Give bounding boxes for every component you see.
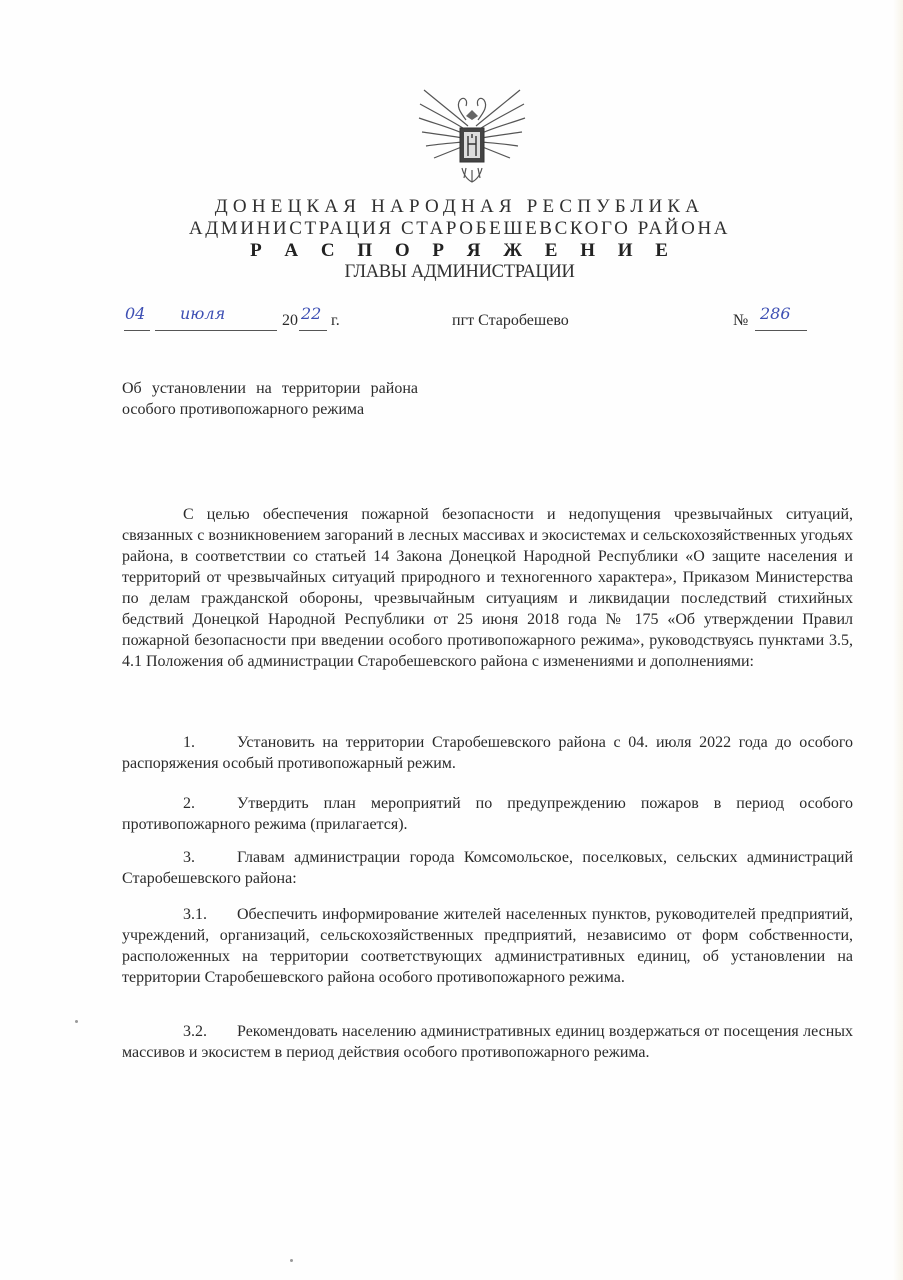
document-page: ДОНЕЦКАЯ НАРОДНАЯ РЕСПУБЛИКА АДМИНИСТРАЦ… bbox=[0, 0, 903, 1280]
item-1: 1.Установить на территории Старобешевско… bbox=[122, 732, 853, 774]
header-administration: АДМИНИСТРАЦИЯ СТАРОБЕШЕВСКОГО РАЙОНА bbox=[8, 218, 903, 240]
header-issuer: ГЛАВЫ АДМИНИСТРАЦИИ bbox=[8, 262, 903, 283]
item-number: 2. bbox=[183, 793, 237, 814]
coat-of-arms-icon bbox=[416, 86, 528, 184]
document-type-title: Р А С П О Р Я Ж Е Н И Е bbox=[12, 240, 903, 262]
item-3-1: 3.1.Обеспечить информирование жителей на… bbox=[122, 904, 853, 988]
item-3-2: 3.2.Рекомендовать населению администрати… bbox=[122, 1021, 853, 1063]
date-number-line: 04 июля 20 22 г. пгт Старобешево № 286 bbox=[124, 310, 824, 336]
item-2: 2.Утвердить план мероприятий по предупре… bbox=[122, 793, 853, 835]
preamble-text: С целью обеспечения пожарной безопасност… bbox=[122, 504, 853, 672]
year-prefix: 20 bbox=[282, 312, 298, 330]
item-number: 3.2. bbox=[183, 1021, 237, 1042]
document-subject: Об установлении на территории района осо… bbox=[122, 378, 418, 420]
year-handwritten: 22 bbox=[301, 304, 321, 323]
scan-edge-shadow bbox=[893, 0, 903, 1280]
day-handwritten: 04 bbox=[125, 304, 145, 323]
number-handwritten: 286 bbox=[760, 304, 791, 323]
item-3: 3.Главам администрации города Комсомольс… bbox=[122, 847, 853, 889]
scan-speck bbox=[290, 1259, 293, 1262]
scan-speck bbox=[75, 1020, 78, 1023]
item-number: 3. bbox=[183, 847, 237, 868]
year-unit: г. bbox=[331, 312, 340, 330]
place-of-issue: пгт Старобешево bbox=[452, 312, 569, 330]
header-republic: ДОНЕЦКАЯ НАРОДНАЯ РЕСПУБЛИКА bbox=[8, 196, 903, 218]
preamble-block: С целью обеспечения пожарной безопасност… bbox=[122, 504, 853, 672]
month-handwritten: июля bbox=[180, 304, 225, 323]
item-number: 1. bbox=[183, 732, 237, 753]
number-label: № bbox=[733, 312, 748, 330]
item-number: 3.1. bbox=[183, 904, 237, 925]
